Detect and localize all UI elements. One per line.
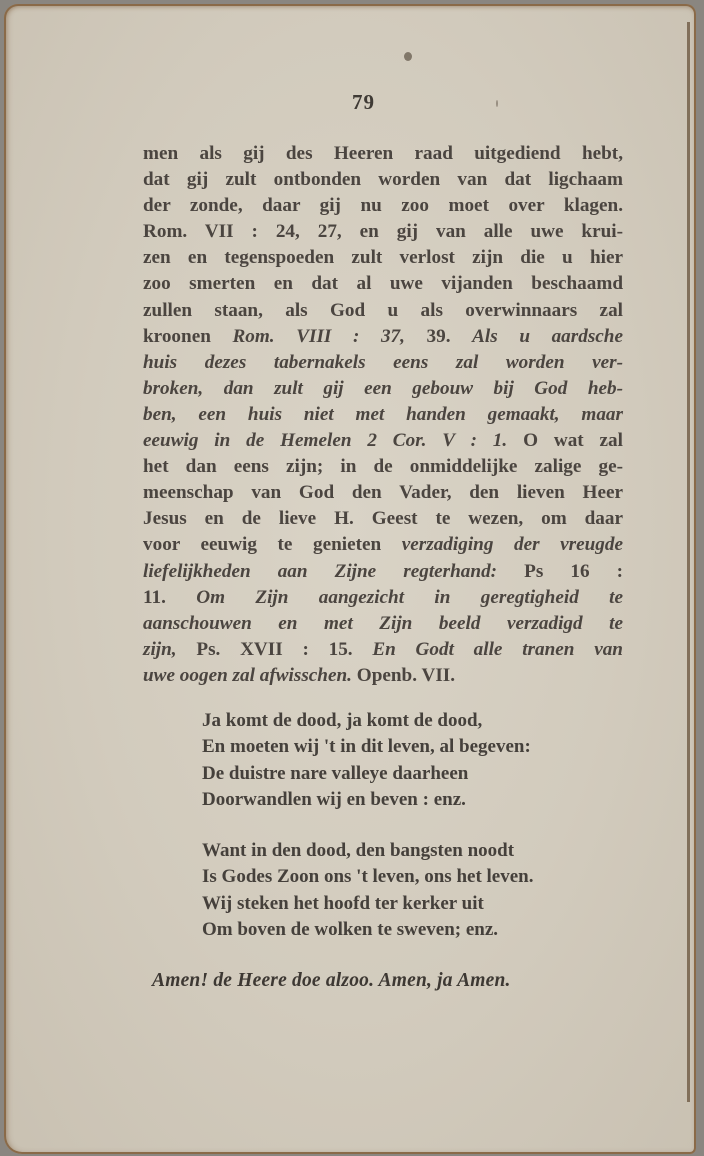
- prose-paragraph: men als gij des Heeren raad uitgediend h…: [143, 141, 623, 689]
- text-segment: voor eeuwig te genieten: [143, 534, 402, 555]
- prose-line: dat gij zult ontbonden worden van dat li…: [143, 167, 623, 193]
- prose-line: huis dezes tabernakels eens zal worden v…: [143, 350, 623, 376]
- italic-quote-segment: Als u aardsche: [472, 326, 623, 347]
- prose-line: zijn, Ps. XVII : 15. En Godt alle tranen…: [143, 637, 623, 663]
- prose-line: liefelijkheden aan Zijne regterhand: Ps …: [143, 559, 623, 585]
- verse-line: De duistre nare valleye daarheen: [202, 761, 531, 787]
- text-segment: 11.: [143, 587, 196, 608]
- prose-line: eeuwig in de Hemelen 2 Cor. V : 1. O wat…: [143, 428, 623, 454]
- prose-line: Rom. VII : 24, 27, en gij van alle uwe k…: [143, 219, 623, 245]
- verse-line: Doorwandlen wij en beven : enz.: [202, 787, 531, 813]
- prose-line: kroonen Rom. VIII : 37, 39. Als u aardsc…: [143, 324, 623, 350]
- prose-line: voor eeuwig te genieten verzadiging der …: [143, 532, 623, 558]
- italic-quote-segment: liefelijkheden aan Zijne regterhand:: [143, 561, 524, 582]
- prose-line: het dan eens zijn; in de onmiddelijke za…: [143, 454, 623, 480]
- prose-line: der zonde, daar gij nu zoo moet over kla…: [143, 193, 623, 219]
- text-segment: meenschap van God den Vader, den lieven …: [143, 482, 623, 503]
- text-segment: Openb. VII.: [357, 665, 455, 686]
- italic-quote-segment: eeuwig in de Hemelen: [143, 430, 367, 451]
- ink-spot: [404, 52, 412, 61]
- prose-line: Jesus en de lieve H. Geest te wezen, om …: [143, 506, 623, 532]
- ink-spot: [496, 100, 498, 107]
- text-segment: dat gij zult ontbonden worden van dat li…: [143, 169, 623, 190]
- verse-line: Want in den dood, den bangsten noodt: [202, 838, 533, 864]
- verse-line: En moeten wij 't in dit leven, al begeve…: [202, 734, 531, 760]
- text-segment: men als gij des Heeren raad uitgediend h…: [143, 143, 623, 164]
- text-segment: Ps. XVII : 15.: [196, 639, 372, 660]
- prose-line: zen en tegenspoeden zult verlost zijn di…: [143, 245, 623, 271]
- verse-line: Is Godes Zoon ons 't leven, ons het leve…: [202, 864, 533, 890]
- prose-line: zullen staan, als God u als overwinnaars…: [143, 298, 623, 324]
- italic-quote-segment: broken, dan zult gij een gebouw bij God …: [143, 378, 623, 399]
- prose-line: 11. Om Zijn aangezicht in geregtigheid t…: [143, 585, 623, 611]
- text-segment: O wat zal: [523, 430, 623, 451]
- text-segment: kroonen: [143, 326, 232, 347]
- italic-quote-segment: huis dezes tabernakels eens zal worden v…: [143, 352, 623, 373]
- verse-stanza: Ja komt de dood, ja komt de dood,En moet…: [202, 708, 531, 813]
- text-segment: zoo smerten en dat al uwe vijanden besch…: [143, 273, 623, 294]
- text-segment: 39.: [427, 326, 473, 347]
- prose-line: zoo smerten en dat al uwe vijanden besch…: [143, 271, 623, 297]
- text-segment: het dan eens zijn; in de onmiddelijke za…: [143, 456, 623, 477]
- italic-quote-segment: verzadiging der vreugde: [402, 534, 623, 555]
- prose-line: aanschouwen en met Zijn beeld verzadigd …: [143, 611, 623, 637]
- italic-quote-segment: Om Zijn aangezicht in geregtigheid te: [196, 587, 623, 608]
- prose-line: ben, een huis niet met handen gemaakt, m…: [143, 402, 623, 428]
- prose-line: meenschap van God den Vader, den lieven …: [143, 480, 623, 506]
- text-segment: Jesus en de lieve H. Geest te wezen, om …: [143, 508, 623, 529]
- text-segment: zullen staan, als God u als overwinnaars…: [143, 300, 623, 321]
- italic-quote-segment: uwe oogen zal afwisschen.: [143, 665, 357, 686]
- verse-line: Om boven de wolken te sweven; enz.: [202, 917, 533, 943]
- prose-line: uwe oogen zal afwisschen. Openb. VII.: [143, 663, 623, 689]
- verse-stanza: Want in den dood, den bangsten noodtIs G…: [202, 838, 533, 943]
- italic-quote-segment: En Godt alle tranen van: [372, 639, 623, 660]
- text-segment: der zonde, daar gij nu zoo moet over kla…: [143, 195, 623, 216]
- verse-line: Wij steken het hoofd ter kerker uit: [202, 891, 533, 917]
- page-number: 79: [352, 90, 375, 115]
- italic-quote-segment: aanschouwen en met Zijn beeld verzadigd …: [143, 613, 623, 634]
- text-segment: Rom. VII : 24, 27, en gij van alle uwe k…: [143, 221, 623, 242]
- verse-line: Ja komt de dood, ja komt de dood,: [202, 708, 531, 734]
- italic-quote-segment: 2 Cor. V : 1.: [367, 430, 523, 451]
- prose-line: men als gij des Heeren raad uitgediend h…: [143, 141, 623, 167]
- italic-quote-segment: Rom. VIII : 37,: [232, 326, 426, 347]
- text-segment: Ps 16 :: [524, 561, 623, 582]
- italic-quote-segment: zijn,: [143, 639, 196, 660]
- text-segment: zen en tegenspoeden zult verlost zijn di…: [143, 247, 623, 268]
- italic-quote-segment: ben, een huis niet met handen gemaakt, m…: [143, 404, 623, 425]
- closing-line: Amen! de Heere doe alzoo. Amen, ja Amen.: [152, 970, 632, 992]
- prose-line: broken, dan zult gij een gebouw bij God …: [143, 376, 623, 402]
